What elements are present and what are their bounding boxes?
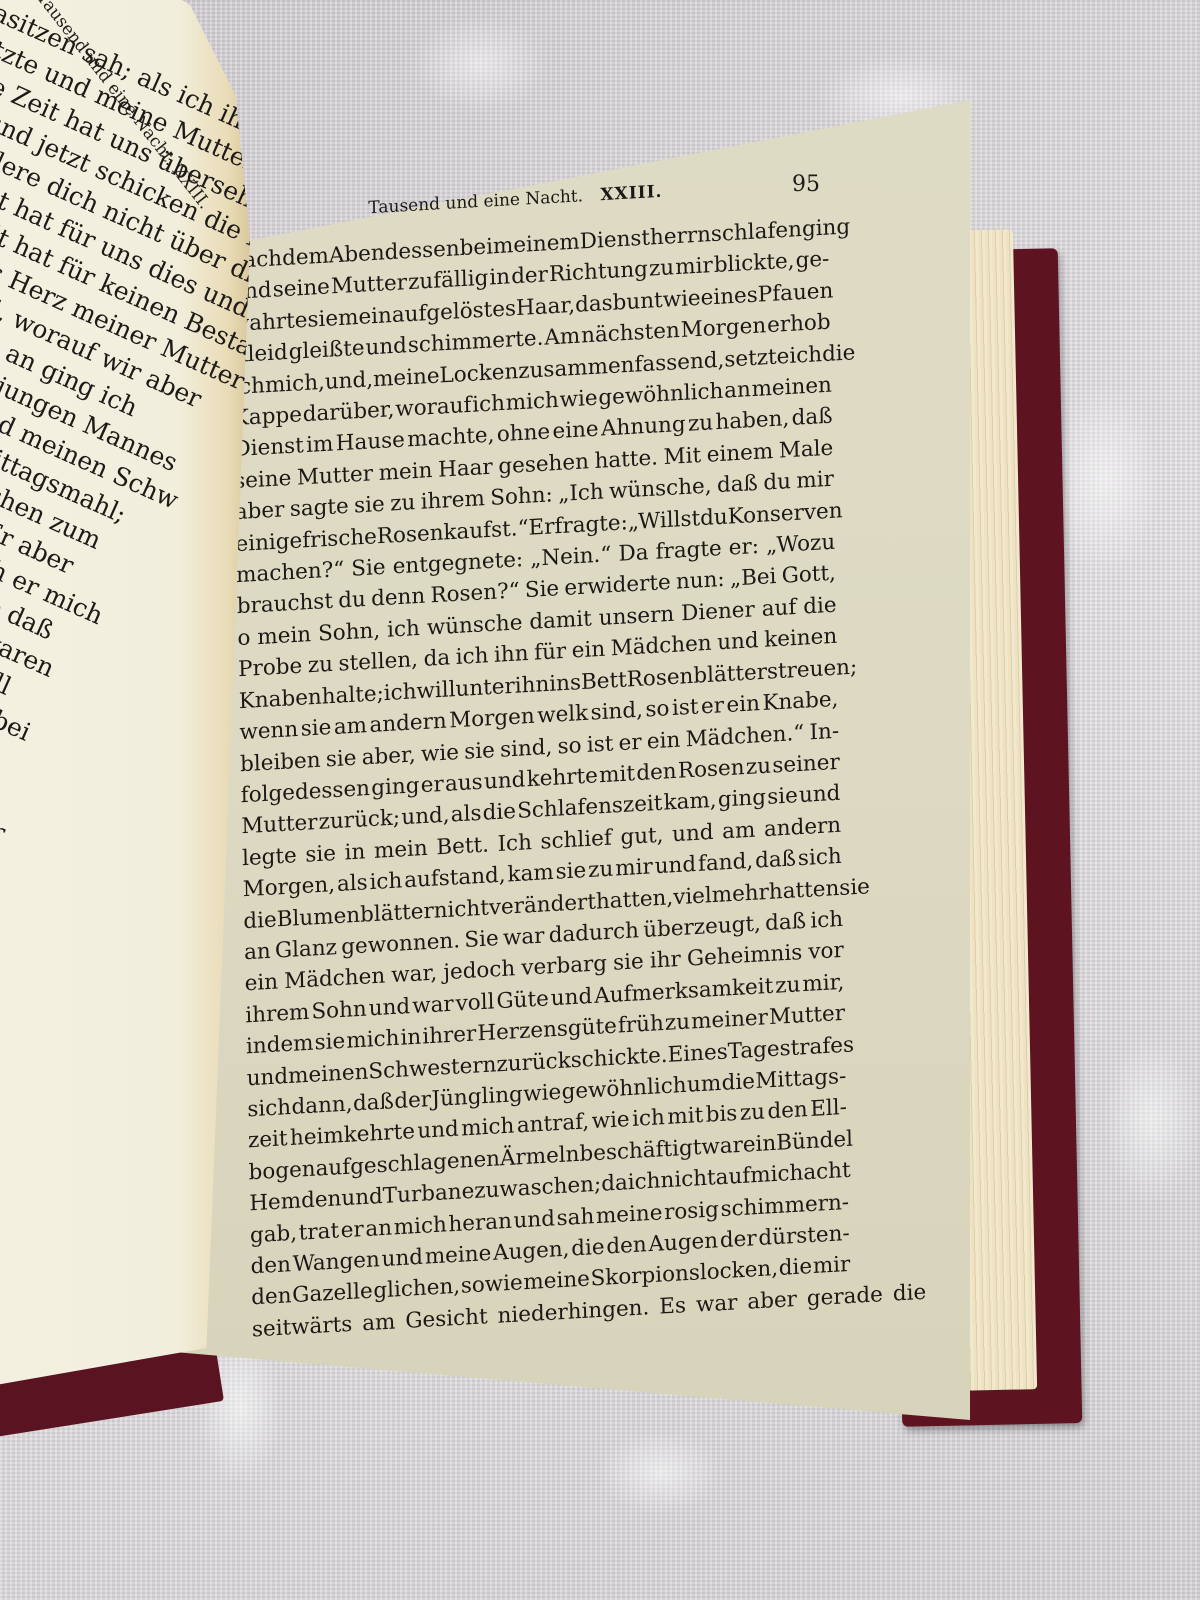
chapter-number: XXIII. <box>600 182 662 205</box>
right-page-text: Tausend und eine Nacht. XXIII. nachdemAb… <box>228 153 851 1346</box>
left-page-body: ch dasitzen sah; als ich ihnen abervorse… <box>0 0 199 1171</box>
running-head-title: Tausend und eine Nacht. <box>368 186 583 218</box>
right-page-body: nachdemAbendessenbeimeinemDienstherrnsch… <box>229 213 851 1346</box>
